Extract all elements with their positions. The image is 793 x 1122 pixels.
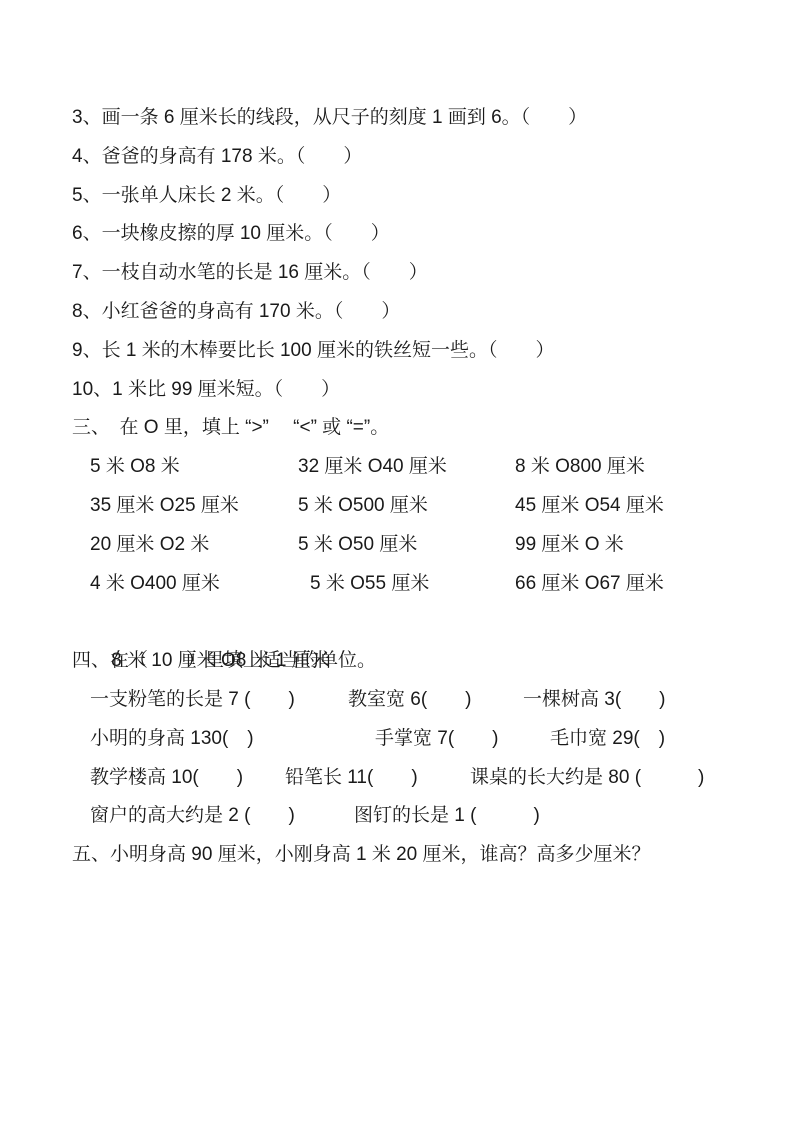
question-item: 3、画一条 6 厘米长的线段，从尺子的刻度 1 画到 6。（ ）	[0, 99, 793, 138]
compare-cell: 5 米 O55 厘米	[310, 565, 429, 604]
units-cell: 窗户的高大约是 2 ( )	[90, 797, 295, 836]
compare-row: 20 厘米 O2 米 5 米 O50 厘米 99 厘米 O 米	[0, 526, 793, 565]
question-item: 8、小红爸爸的身高有 170 米。（ ）	[0, 293, 793, 332]
units-cell: 毛巾宽 29( )	[550, 720, 665, 759]
compare-cell: 32 厘米 O40 厘米	[298, 448, 447, 487]
compare-cell: 66 厘米 O67 厘米	[515, 565, 664, 604]
units-cell: 铅笔长 11( )	[285, 759, 418, 798]
units-cell: 一棵树高 3( )	[523, 681, 666, 720]
compare-cell: 8 米 O800 厘米	[515, 448, 645, 487]
compare-cell: 5 米 O8 米	[90, 448, 180, 487]
compare-cell: 20 厘米 O2 米	[90, 526, 209, 565]
units-row: 教学楼高 10( ) 铅笔长 11( ) 课桌的长大约是 80 ( )	[0, 759, 793, 798]
compare-row: 5 米 O8 米 32 厘米 O40 厘米 8 米 O800 厘米	[0, 448, 793, 487]
compare-row: 8 米 10 厘米 O8 米 1 厘米	[0, 603, 793, 642]
question-item: 5、一张单人床长 2 米。（ ）	[0, 177, 793, 216]
question-item: 7、一枝自动水笔的长是 16 厘米。（ ）	[0, 254, 793, 293]
section-heading-units: 四、在（ ）里填上适当的单位。	[0, 642, 793, 681]
compare-row: 35 厘米 O25 厘米 5 米 O500 厘米 45 厘米 O54 厘米	[0, 487, 793, 526]
units-row: 一支粉笔的长是 7 ( ) 教室宽 6( ) 一棵树高 3( )	[0, 681, 793, 720]
units-cell: 课桌的长大约是 80 ( )	[470, 759, 704, 798]
compare-row: 4 米 O400 厘米 5 米 O55 厘米 66 厘米 O67 厘米	[0, 565, 793, 604]
compare-cell: 5 米 O50 厘米	[298, 526, 417, 565]
units-cell: 图钉的长是 1 ( )	[354, 797, 540, 836]
units-row: 窗户的高大约是 2 ( ) 图钉的长是 1 ( )	[0, 797, 793, 836]
word-problem: 五、小明身高 90 厘米，小刚身高 1 米 20 厘米，谁高？高多少厘米？	[0, 836, 793, 875]
units-cell: 一支粉笔的长是 7 ( )	[90, 681, 295, 720]
question-item: 4、爸爸的身高有 178 米。（ ）	[0, 138, 793, 177]
worksheet-page: 3、画一条 6 厘米长的线段，从尺子的刻度 1 画到 6。（ ） 4、爸爸的身高…	[0, 0, 793, 1122]
question-item: 10、1 米比 99 厘米短。（ ）	[0, 371, 793, 410]
units-cell: 小明的身高 130( )	[90, 720, 254, 759]
compare-cell: 45 厘米 O54 厘米	[515, 487, 664, 526]
units-cell: 手掌宽 7( )	[375, 720, 499, 759]
compare-cell: 5 米 O500 厘米	[298, 487, 428, 526]
compare-cell: 99 厘米 O 米	[515, 526, 624, 565]
units-row: 小明的身高 130( ) 手掌宽 7( ) 毛巾宽 29( )	[0, 720, 793, 759]
question-item: 9、长 1 米的木棒要比长 100 厘米的铁丝短一些。（ ）	[0, 332, 793, 371]
section-heading-compare: 三、 在 O 里，填上 “>” “<” 或 “=”。	[0, 409, 793, 448]
units-cell: 教室宽 6( )	[348, 681, 472, 720]
units-cell: 教学楼高 10( )	[90, 759, 243, 798]
compare-cell: 4 米 O400 厘米	[90, 565, 220, 604]
compare-cell: 35 厘米 O25 厘米	[90, 487, 239, 526]
question-item: 6、一块橡皮擦的厚 10 厘米。（ ）	[0, 215, 793, 254]
